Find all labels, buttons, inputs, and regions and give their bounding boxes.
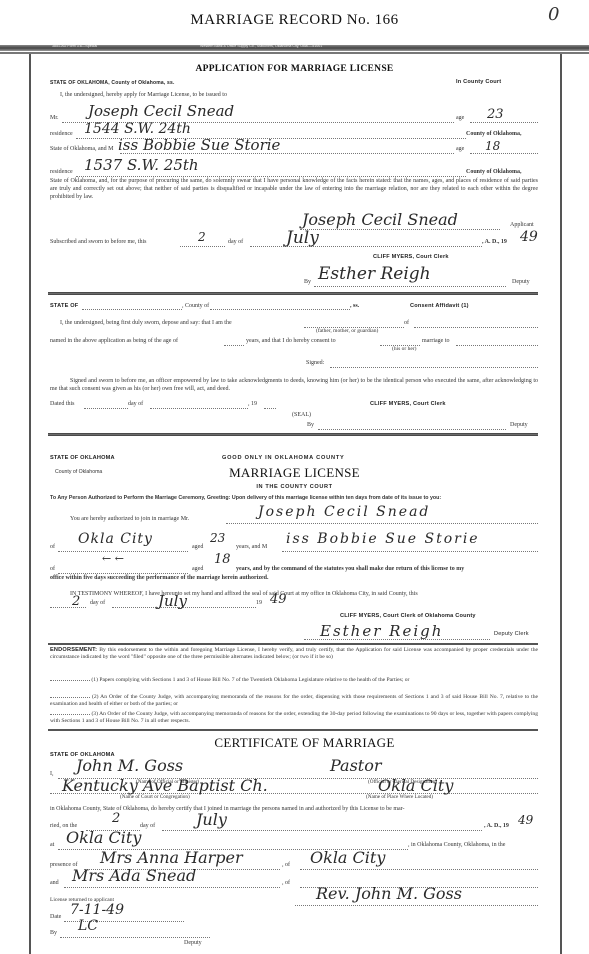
applicant-label: Applicant bbox=[510, 222, 534, 228]
certificate-day-of-label: day of bbox=[140, 823, 155, 829]
record-title: MARRIAGE RECORD No. 166 bbox=[0, 12, 589, 29]
and-label: and bbox=[50, 880, 59, 886]
groom-of-label: of bbox=[50, 544, 55, 550]
official-name-field[interactable]: John M. Goss bbox=[76, 756, 183, 775]
at-place-field[interactable]: Okla City bbox=[66, 828, 141, 847]
bride-name-field[interactable]: iss Bobbie Sue Storie bbox=[118, 136, 280, 154]
place-field[interactable]: Okla City bbox=[378, 776, 453, 795]
years-and-m-label: years, and M bbox=[236, 544, 267, 550]
subscribed-day-of-label: day of bbox=[228, 239, 243, 245]
officiant-signature: Rev. John M. Goss bbox=[316, 884, 462, 903]
license-subtitle: IN THE COUNTY COURT bbox=[0, 484, 589, 490]
license-bride-name-field[interactable]: iss Bobbie Sue Storie bbox=[286, 531, 480, 547]
groom-aged-label: aged bbox=[192, 544, 203, 550]
place-hint: (Name of Place Where Located) bbox=[366, 794, 433, 800]
returned-by-initials[interactable]: LC bbox=[78, 918, 98, 934]
subscribed-label: Subscribed and sworn to before me, this bbox=[50, 239, 146, 245]
witness1-of-label: , of bbox=[282, 862, 290, 868]
endorsement-block: ENDORSEMENT: By this endorsement to the … bbox=[50, 647, 538, 660]
returned-date-label: Date bbox=[50, 914, 61, 920]
signed-label: Signed: bbox=[306, 360, 324, 366]
application-clerk: CLIFF MYERS, Court Clerk bbox=[373, 254, 449, 260]
consent-ss-label: , ss. bbox=[350, 303, 359, 309]
license-year-prefix: 19 bbox=[256, 600, 262, 606]
groom-age-field[interactable]: 23 bbox=[487, 107, 504, 122]
dated-year-label: , 19 bbox=[248, 401, 257, 407]
endorsement-text: By this endorsement to the within and fo… bbox=[50, 647, 538, 660]
dated-day-of-label: day of bbox=[128, 401, 143, 407]
certificate-day-field[interactable]: 2 bbox=[112, 811, 120, 826]
consent-county-label: , County of bbox=[182, 303, 209, 309]
endorsement-label: ENDORSEMENT: bbox=[50, 647, 97, 653]
command-text-2: office within five days succeeding the p… bbox=[50, 575, 269, 581]
congregation-hint: (Name of Court or Congregation) bbox=[120, 794, 190, 800]
license-day-of-label: day of bbox=[90, 600, 105, 606]
good-only-label: GOOD ONLY IN OKLAHOMA COUNTY bbox=[222, 455, 345, 461]
testimony-text: IN TESTIMONY WHEREOF, I have hereunto se… bbox=[70, 591, 418, 597]
section-rule bbox=[48, 292, 538, 295]
authorized-label: You are hereby authorized to join in mar… bbox=[70, 516, 189, 522]
license-groom-name-field[interactable]: Joseph Cecil Snead bbox=[258, 504, 430, 520]
subscribed-day-field[interactable]: 2 bbox=[198, 230, 206, 244]
application-intro: I, the undersigned, hereby apply for Mar… bbox=[60, 92, 227, 98]
witness1-city-field[interactable]: Okla City bbox=[310, 848, 385, 867]
at-label: at bbox=[50, 842, 54, 848]
corner-mark: 0 bbox=[548, 4, 559, 25]
license-year-field[interactable]: 49 bbox=[270, 592, 287, 607]
application-deputy-label: Deputy bbox=[512, 279, 530, 285]
groom-county-label: County of Oklahoma, bbox=[466, 131, 522, 137]
license-day-field[interactable]: 2 bbox=[72, 594, 80, 609]
his-her-hint: (his or her) bbox=[392, 346, 416, 352]
groom-city-field[interactable]: Okla City bbox=[78, 531, 153, 547]
bride-age-label: age bbox=[456, 146, 464, 152]
endorsement-item-2: (2) An Order of the County Judge, with a… bbox=[50, 694, 538, 707]
consent-by-label: By bbox=[307, 422, 314, 428]
license-bride-age-field[interactable]: 18 bbox=[214, 552, 231, 567]
relation-hint: (father, mother, or guardian) bbox=[316, 328, 378, 334]
license-deputy-label: Deputy Clerk bbox=[494, 631, 529, 637]
subscribed-year-field[interactable]: 49 bbox=[520, 229, 538, 245]
returned-by-label: By bbox=[50, 930, 57, 936]
license-greeting: To Any Person Authorized to Perform the … bbox=[50, 494, 538, 502]
returned-date-field[interactable]: 7-11-49 bbox=[70, 902, 124, 918]
endorsement-item-3: (3) An Order of the County Judge, with a… bbox=[50, 711, 538, 724]
consent-deputy-label: Deputy bbox=[510, 422, 528, 428]
state-and-m-label: State of Oklahoma, and M bbox=[50, 146, 114, 152]
license-title: MARRIAGE LICENSE bbox=[0, 465, 589, 481]
consent-state-label: STATE OF bbox=[50, 303, 78, 309]
consent-line1: I, the undersigned, being first duly swo… bbox=[60, 320, 232, 326]
application-deputy-signature: Esther Reigh bbox=[318, 264, 431, 284]
bride-residence-field[interactable]: 1537 S.W. 25th bbox=[84, 156, 199, 174]
oath-text: State of Oklahoma, and, for the purpose … bbox=[50, 177, 538, 201]
county-text: , in Oklahoma County, Oklahoma, in the bbox=[408, 842, 505, 848]
consent-line2a: named in the above application as being … bbox=[50, 338, 178, 344]
dated-label: Dated this bbox=[50, 401, 75, 407]
bride-aged-label: aged bbox=[192, 566, 203, 572]
endorsement-item-1: (1) Papers complying with Sections 1 and… bbox=[50, 677, 538, 684]
certify-text: in Oklahoma County, State of Oklahoma, d… bbox=[50, 806, 405, 812]
application-title: APPLICATION FOR MARRIAGE LICENSE bbox=[0, 64, 589, 74]
consent-of-label: of bbox=[404, 320, 409, 326]
age-label: age bbox=[456, 115, 464, 121]
consent-sworn-text: Signed and sworn to before me, an office… bbox=[50, 377, 538, 393]
license-clerk: CLIFF MYERS, Court Clerk of Oklahoma Cou… bbox=[340, 613, 476, 619]
subscribed-month-field[interactable]: July bbox=[286, 228, 319, 248]
consent-line2b: years, and that I do hereby consent to bbox=[246, 338, 336, 344]
groom-name-field[interactable]: Joseph Cecil Snead bbox=[88, 102, 234, 120]
form-code: 3851-AG Form 3.6—Special bbox=[52, 44, 97, 48]
county-court-label: In County Court bbox=[456, 79, 501, 85]
marriage-to-label: marriage to bbox=[422, 338, 450, 344]
certificate-title: CERTIFICATE OF MARRIAGE bbox=[0, 735, 589, 751]
bride-county-label: County of Oklahoma, bbox=[466, 169, 522, 175]
witness2-of-label: , of bbox=[282, 880, 290, 886]
application-by-label: By bbox=[304, 279, 311, 285]
command-text: years, and by the command of the statute… bbox=[236, 566, 464, 572]
bride-city-field[interactable]: ← ← bbox=[102, 552, 124, 565]
witness1-field[interactable]: Mrs Anna Harper bbox=[100, 848, 243, 867]
section-rule bbox=[48, 643, 538, 645]
subscribed-ad-label: , A. D., 19 bbox=[482, 239, 507, 245]
section-rule bbox=[48, 433, 538, 436]
license-groom-age-field[interactable]: 23 bbox=[210, 531, 225, 545]
license-month-field[interactable]: July bbox=[158, 592, 187, 610]
groom-residence-field[interactable]: 1544 S.W. 24th bbox=[84, 121, 191, 137]
certificate-i-label: I, bbox=[50, 771, 54, 777]
seal-label: (SEAL) bbox=[292, 412, 311, 418]
mr-label: Mr. bbox=[50, 115, 59, 121]
printer-imprint: Western Bank & Office Supply Co., Statio… bbox=[200, 44, 322, 48]
witness2-field[interactable]: Mrs Ada Snead bbox=[72, 866, 196, 885]
certificate-month-field[interactable]: July bbox=[196, 810, 227, 829]
consent-affidavit-title: Consent Affidavit (1) bbox=[410, 303, 469, 309]
bride-residence-label: residence bbox=[50, 169, 73, 175]
residence-label: residence bbox=[50, 131, 73, 137]
designation-field[interactable]: Pastor bbox=[330, 756, 382, 775]
bride-age-field[interactable]: 18 bbox=[485, 139, 500, 153]
certificate-ad-label: , A. D., 19 bbox=[484, 823, 509, 829]
returned-deputy-label: Deputy bbox=[184, 940, 202, 946]
license-deputy-signature: Esther Reigh bbox=[320, 622, 443, 640]
certificate-year-field[interactable]: 49 bbox=[518, 813, 533, 827]
license-state: STATE OF OKLAHOMA bbox=[50, 455, 115, 461]
bride-of-label: of bbox=[50, 566, 55, 572]
congregation-field[interactable]: Kentucky Ave Baptist Ch. bbox=[62, 776, 268, 795]
consent-clerk: CLIFF MYERS, Court Clerk bbox=[370, 401, 446, 407]
application-state-line: STATE OF OKLAHOMA, County of Oklahoma, s… bbox=[50, 80, 175, 86]
applicant-signature: Joseph Cecil Snead bbox=[302, 210, 458, 229]
section-rule bbox=[48, 729, 538, 731]
